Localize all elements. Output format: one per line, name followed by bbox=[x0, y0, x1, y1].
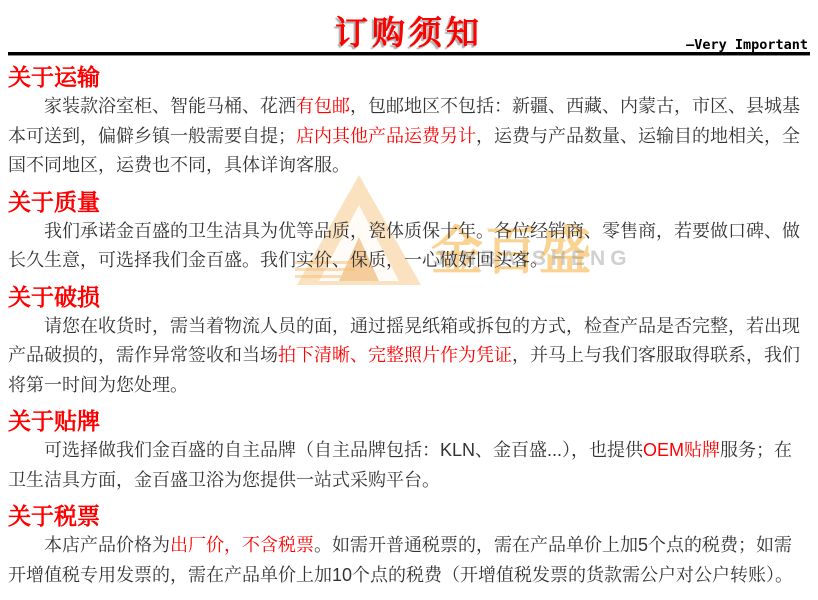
section-paragraph: 可选择做我们金百盛的自主品牌（自主品牌包括：KLN、金百盛...），也提供OEM… bbox=[8, 436, 810, 495]
highlighted-text: OEM贴牌 bbox=[643, 440, 720, 460]
purchase-notice-page: 订购须知 —Very Important 关于运输家装款浴室柜、智能马桶、花洒有… bbox=[0, 0, 818, 600]
section-title: 关于质量 bbox=[8, 187, 810, 217]
section-paragraph: 本店产品价格为出厂价，不含税票。如需开普通税票的，需在产品单价上加5个点的税费；… bbox=[8, 531, 810, 590]
highlighted-text: 出厂价，不含税票 bbox=[170, 535, 314, 555]
body-text: 本店产品价格为 bbox=[44, 535, 170, 555]
page-header: 订购须知 —Very Important bbox=[8, 0, 810, 56]
section-title: 关于运输 bbox=[8, 62, 810, 92]
section-title: 关于破损 bbox=[8, 282, 810, 312]
section-paragraph: 请您在收货时，需当着物流人员的面，通过摇晃纸箱或拆包的方式，检查产品是否完整，若… bbox=[8, 312, 810, 401]
highlighted-text: 店内其他产品运费另计 bbox=[296, 126, 476, 146]
section-paragraph: 家装款浴室柜、智能马桶、花洒有包邮，包邮地区不包括：新疆、西藏、内蒙古，市区、县… bbox=[8, 92, 810, 181]
header-tagline: —Very Important bbox=[686, 37, 808, 53]
body-text: 我们承诺金百盛的卫生洁具为优等品质，瓷体质保十年。各位经销商、零售商，若要做口碑… bbox=[8, 221, 800, 271]
highlighted-text: 拍下清晰、完整照片作为凭证 bbox=[278, 345, 512, 365]
body-text: 家装款浴室柜、智能马桶、花洒 bbox=[44, 96, 296, 116]
body-text: 可选择做我们金百盛的自主品牌（自主品牌包括：KLN、金百盛...），也提供 bbox=[44, 440, 643, 460]
highlighted-text: 有包邮 bbox=[296, 96, 350, 116]
section-title: 关于税票 bbox=[8, 501, 810, 531]
section-title: 关于贴牌 bbox=[8, 406, 810, 436]
section-paragraph: 我们承诺金百盛的卫生洁具为优等品质，瓷体质保十年。各位经销商、零售商，若要做口碑… bbox=[8, 217, 810, 276]
header-divider bbox=[8, 52, 810, 56]
notice-sections: 关于运输家装款浴室柜、智能马桶、花洒有包邮，包邮地区不包括：新疆、西藏、内蒙古，… bbox=[8, 62, 810, 590]
